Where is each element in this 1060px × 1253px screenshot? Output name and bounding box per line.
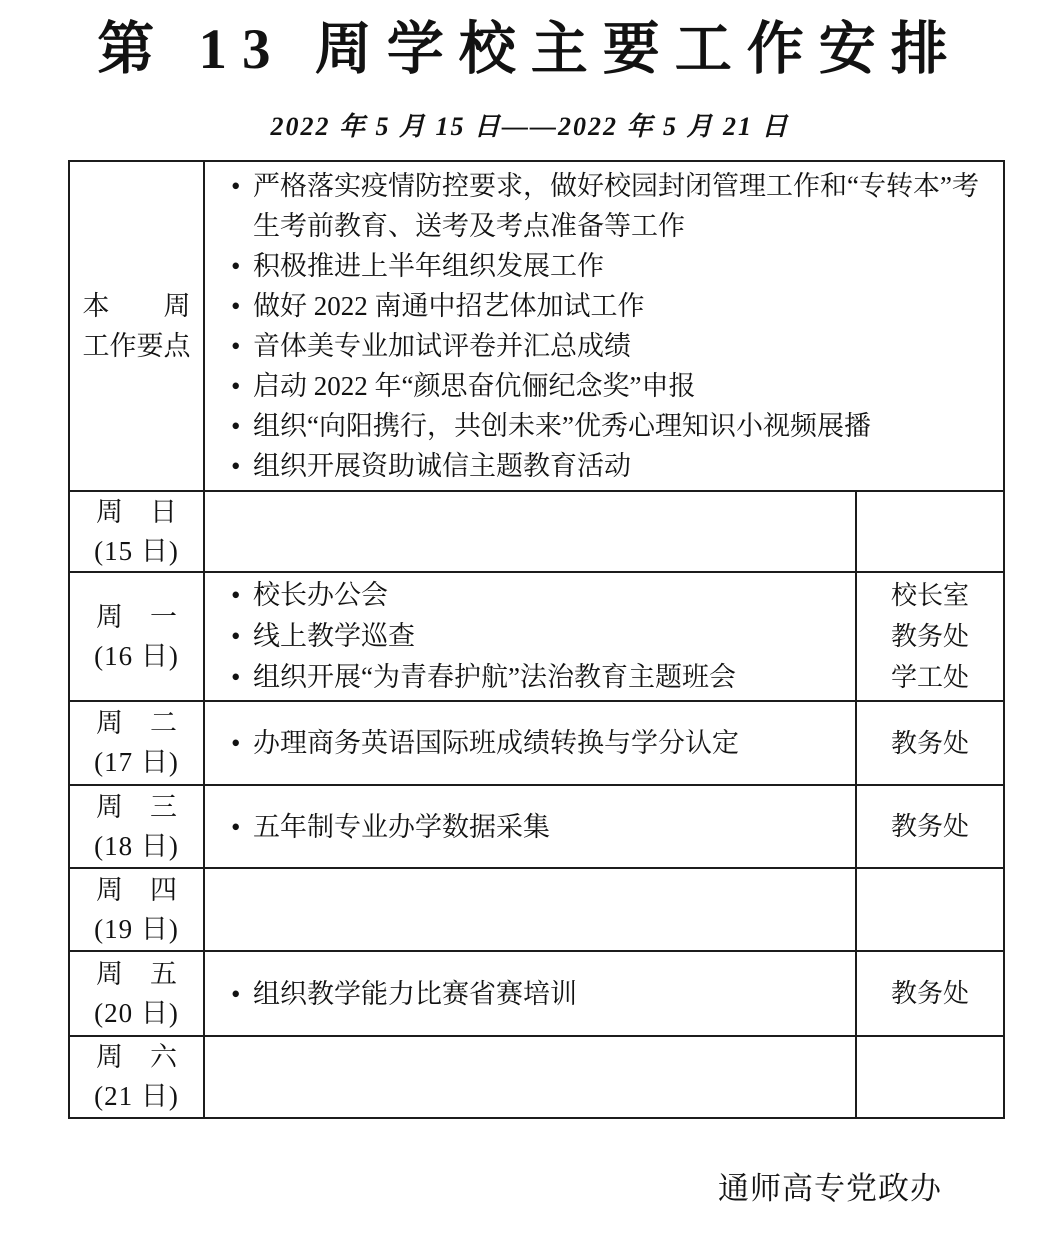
footer-signature: 通师高专党政办 <box>0 1169 1060 1209</box>
day-items-cell <box>204 491 856 572</box>
summary-label-line1: 本 周 <box>70 286 203 326</box>
dept-item: 校长室 <box>857 575 1003 616</box>
day-date: (17 日) <box>70 743 203 782</box>
day-task-list: 组织教学能力比赛省赛培训 <box>205 972 855 1016</box>
day-name: 周 三 <box>70 788 203 827</box>
day-name: 周 四 <box>70 871 203 910</box>
day-date: (16 日) <box>70 637 203 676</box>
day-date: (18 日) <box>70 827 203 866</box>
day-dept-cell <box>856 491 1004 572</box>
day-label-cell: 周 日 (15 日) <box>69 491 204 572</box>
day-label-cell: 周 四 (19 日) <box>69 868 204 951</box>
dept-item: 教务处 <box>857 723 1003 764</box>
day-task-list: 办理商务英语国际班成绩转换与学分认定 <box>205 721 855 765</box>
task-item: 启动 2022 年“颜思奋伉俪纪念奖”申报 <box>225 366 993 406</box>
summary-items-cell: 严格落实疫情防控要求，做好校园封闭管理工作和“专转本”考生考前教育、送考及考点准… <box>204 161 1004 491</box>
day-label-cell: 周 六 (21 日) <box>69 1036 204 1118</box>
summary-task-list: 严格落实疫情防控要求，做好校园封闭管理工作和“专转本”考生考前教育、送考及考点准… <box>205 164 1003 488</box>
task-item: 校长办公会 <box>225 575 845 616</box>
task-item: 办理商务英语国际班成绩转换与学分认定 <box>225 723 845 763</box>
day-name: 周 五 <box>70 955 203 994</box>
day-row-thursday: 周 四 (19 日) <box>69 868 1004 951</box>
task-item: 组织“向阳携行，共创未来”优秀心理知识小视频展播 <box>225 406 993 446</box>
document-page: 第 13 周学校主要工作安排 2022 年 5 月 15 日——2022 年 5… <box>0 0 1060 1253</box>
day-dept-cell <box>856 868 1004 951</box>
day-name: 周 日 <box>70 493 203 532</box>
day-date: (20 日) <box>70 994 203 1033</box>
task-item: 线上教学巡查 <box>225 616 845 657</box>
day-row-sunday: 周 日 (15 日) <box>69 491 1004 572</box>
task-item: 组织教学能力比赛省赛培训 <box>225 974 845 1014</box>
day-task-list: 五年制专业办学数据采集 <box>205 805 855 849</box>
summary-label-cell: 本 周 工作要点 <box>69 161 204 491</box>
summary-label-line2: 工作要点 <box>70 326 203 366</box>
day-task-list <box>205 530 855 534</box>
day-row-tuesday: 周 二 (17 日) 办理商务英语国际班成绩转换与学分认定 教务处 <box>69 701 1004 785</box>
date-range: 2022 年 5 月 15 日——2022 年 5 月 21 日 <box>0 110 1060 144</box>
day-date: (19 日) <box>70 910 203 949</box>
task-item: 做好 2022 南通中招艺体加试工作 <box>225 286 993 326</box>
schedule-table: 本 周 工作要点 严格落实疫情防控要求，做好校园封闭管理工作和“专转本”考生考前… <box>68 160 1005 1119</box>
task-item: 五年制专业办学数据采集 <box>225 807 845 847</box>
dept-item: 教务处 <box>857 616 1003 657</box>
day-label-cell: 周 一 (16 日) <box>69 572 204 701</box>
dept-item: 学工处 <box>857 657 1003 698</box>
day-name: 周 六 <box>70 1038 203 1077</box>
dept-item: 教务处 <box>857 806 1003 847</box>
day-items-cell <box>204 868 856 951</box>
task-item: 组织开展资助诚信主题教育活动 <box>225 446 993 486</box>
day-date: (21 日) <box>70 1077 203 1116</box>
day-row-friday: 周 五 (20 日) 组织教学能力比赛省赛培训 教务处 <box>69 951 1004 1036</box>
day-row-wednesday: 周 三 (18 日) 五年制专业办学数据采集 教务处 <box>69 785 1004 868</box>
day-label-cell: 周 三 (18 日) <box>69 785 204 868</box>
day-row-saturday: 周 六 (21 日) <box>69 1036 1004 1118</box>
task-item: 音体美专业加试评卷并汇总成绩 <box>225 326 993 366</box>
dept-item: 教务处 <box>857 973 1003 1014</box>
page-title: 第 13 周学校主要工作安排 <box>0 0 1060 86</box>
day-dept-cell: 教务处 <box>856 785 1004 868</box>
day-label-cell: 周 五 (20 日) <box>69 951 204 1036</box>
day-items-cell: 五年制专业办学数据采集 <box>204 785 856 868</box>
day-items-cell <box>204 1036 856 1118</box>
task-item: 积极推进上半年组织发展工作 <box>225 246 993 286</box>
task-item: 严格落实疫情防控要求，做好校园封闭管理工作和“专转本”考生考前教育、送考及考点准… <box>225 166 993 246</box>
day-dept-cell <box>856 1036 1004 1118</box>
day-task-list <box>205 908 855 912</box>
day-items-cell: 校长办公会 线上教学巡查 组织开展“为青春护航”法治教育主题班会 <box>204 572 856 701</box>
day-date: (15 日) <box>70 532 203 571</box>
day-items-cell: 办理商务英语国际班成绩转换与学分认定 <box>204 701 856 785</box>
day-label-cell: 周 二 (17 日) <box>69 701 204 785</box>
day-name: 周 一 <box>70 598 203 637</box>
day-name: 周 二 <box>70 704 203 743</box>
day-task-list <box>205 1075 855 1079</box>
task-item: 组织开展“为青春护航”法治教育主题班会 <box>225 657 845 698</box>
day-task-list: 校长办公会 线上教学巡查 组织开展“为青春护航”法治教育主题班会 <box>205 573 855 700</box>
day-row-monday: 周 一 (16 日) 校长办公会 线上教学巡查 组织开展“为青春护航”法治教育主… <box>69 572 1004 701</box>
day-items-cell: 组织教学能力比赛省赛培训 <box>204 951 856 1036</box>
summary-row: 本 周 工作要点 严格落实疫情防控要求，做好校园封闭管理工作和“专转本”考生考前… <box>69 161 1004 491</box>
day-dept-cell: 教务处 <box>856 701 1004 785</box>
day-dept-cell: 教务处 <box>856 951 1004 1036</box>
day-dept-cell: 校长室 教务处 学工处 <box>856 572 1004 701</box>
